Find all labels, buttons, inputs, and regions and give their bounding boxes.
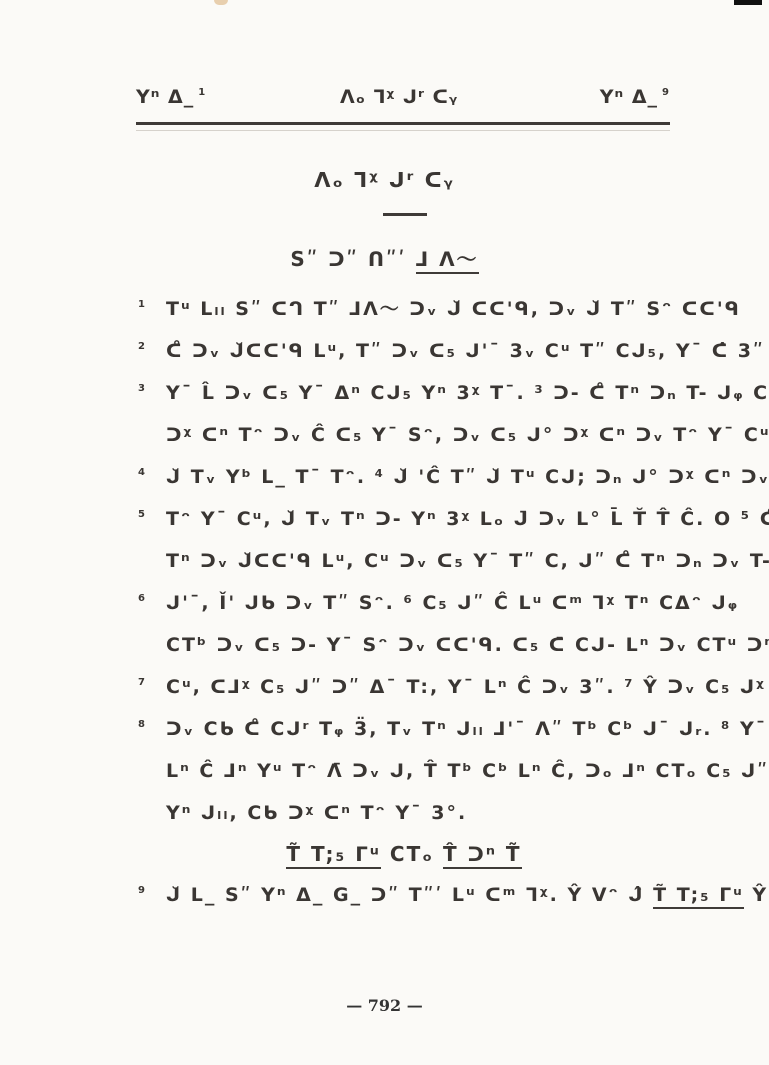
paper-stain [214, 0, 228, 5]
section-heading: T̃ T;₅ ᒥᵘ CTₒ T̂ ᑐⁿ T̃ [134, 834, 674, 874]
scan-corner-mark [734, 0, 762, 5]
page-number: — 792 — [0, 996, 769, 1015]
verse-number: 7 [138, 662, 147, 704]
chapter-number-left: 1 [198, 87, 206, 98]
header-rule-shadow [136, 130, 670, 131]
text-line: Yⁿ ᒍₗₗ, Cᑲ ᑐᵡ ᑕⁿ Tᵔ Y¯ 3°. [140, 792, 680, 834]
verse-number: 4 [138, 452, 147, 494]
text-line: ᑐᵡ ᑕⁿ Tᵔ ᑐᵥ Ĉ ᑕ₅ Y¯ Sᵔ, ᑐᵥ ᑕ₅ ᒍ° ᑐᵡ ᑕⁿ ᑐ… [140, 414, 680, 456]
text-line: 5Tᵔ Y¯ Cᵘ, ᒍ̆ Tᵥ Tⁿ ᑐ- Yⁿ 3ᵡ Lₒ ᒍ̄ ᑐᵥ L°… [140, 498, 680, 540]
subtitle-underlined-word: ᒧ ᐱ〜 [416, 247, 479, 274]
text-line: 4ᒍ̆ Tᵥ Yᵇ L_ T¯ Tᵔ. ⁴ ᒍ̆ 'Ĉ Tʺ ᒍ̆ Tᵘ Cᒍ;… [140, 456, 680, 498]
chapter-number-right: 9 [662, 87, 670, 98]
running-head-left: Yⁿ ᐃ_1 [136, 86, 206, 108]
text-line: 8ᑐᵥ Cᑲ ᑕ̊ Cᒍʳ Tᵩ 3̈, Tᵥ Tⁿ ᒍₗₗ ᒧ'¯ ᐱʺ Tᵇ… [140, 708, 680, 750]
verse-number: 1 [138, 284, 147, 326]
verse-number: 2 [138, 326, 147, 368]
verse-number: 9 [138, 870, 147, 912]
text-line: 6ᒍ'¯, Ǐ' ᒍᑲ ᑐᵥ Tʺ Sᵔ. ⁶ C₅ ᒍʺ Ĉ Lᵘ ᑕᵐ ᒣᵡ… [140, 582, 680, 624]
verse-number: 8 [138, 704, 147, 746]
text-line: Lⁿ Ĉ ᒧⁿ Yᵘ Tᵔ ᐱ̄ ᑐᵥ ᒍ, T̂ Tᵇ Cᵇ Lⁿ Ĉ, ᑐₒ… [140, 750, 680, 792]
verse-number: 3 [138, 368, 147, 410]
page-title: ᐱₒ ᒣᵡ ᒍʳ ᑕᵧ [0, 168, 769, 192]
text-line: 9ᒍ̆ L_ Sʺ Yⁿ ᐃ_ G_ ᑐʺ Tʺʹ Lᵘ ᑕᵐ ᒣᵡ. Ŷ Vᵔ… [140, 874, 680, 916]
header-rule [136, 122, 670, 125]
text-line: 1Tᵘ Lₗₗ Sʺ ᑕᒉ Tʺ ᒧᐱ〜 ᑐᵥ ᒍ̆ ᑕᑕ'ᑫ, ᑐᵥ ᒍ̆ T… [140, 288, 680, 330]
running-head-right: Yⁿ ᐃ_9 [600, 86, 670, 108]
text-line: 2ᑕ̊ ᑐᵥ ᒍ̆ᑕᑕ'ᑫ Lᵘ, Tʺ ᑐᵥ ᑕ₅ ᒍ'¯ 3ᵥ Cᵘ Tʺ … [140, 330, 680, 372]
body-text: 1Tᵘ Lₗₗ Sʺ ᑕᒉ Tʺ ᒧᐱ〜 ᑐᵥ ᒍ̆ ᑕᑕ'ᑫ, ᑐᵥ ᒍ̆ T… [140, 288, 680, 916]
running-head-book-title: ᐱₒ ᒣᵡ ᒍʳ ᑕᵧ [340, 86, 458, 108]
text-line: 7Cᵘ, ᑕᒧᵡ C₅ ᒍʺ ᑐʺ ᐃ¯ T:, Y¯ Lⁿ Ĉ ᑐᵥ 3ʺ. … [140, 666, 680, 708]
text-line: CTᵇ ᑐᵥ ᑕ₅ ᑐ- Y¯ Sᵔ ᑐᵥ ᑕᑕ'ᑫ. ᑕ₅ ᑕ̄ Cᒍ- Lⁿ… [140, 624, 680, 666]
verse-number: 6 [138, 578, 147, 620]
verse-number: 5 [138, 494, 147, 536]
title-divider [383, 213, 427, 216]
running-head: Yⁿ ᐃ_1 ᐱₒ ᒣᵡ ᒍʳ ᑕᵧ Yⁿ ᐃ_9 [136, 86, 670, 116]
text-line: Tⁿ ᑐᵥ ᒍ̆ᑕᑕ'ᑫ Lᵘ, Cᵘ ᑐᵥ ᑕ₅ Y¯ Tʺ C, ᒍʺ ᑕ̊… [140, 540, 680, 582]
text-line: 3Y¯ L̂ ᑐᵥ ᑕ₅ Y¯ ᐃⁿ Cᒍ₅ Yⁿ 3ᵡ T¯. ³ ᑐ- ᑕ̊… [140, 372, 680, 414]
chapter-subtitle: Sʺ ᑐʺ ᑎʺʹ ᒧ ᐱ〜 [0, 243, 769, 272]
